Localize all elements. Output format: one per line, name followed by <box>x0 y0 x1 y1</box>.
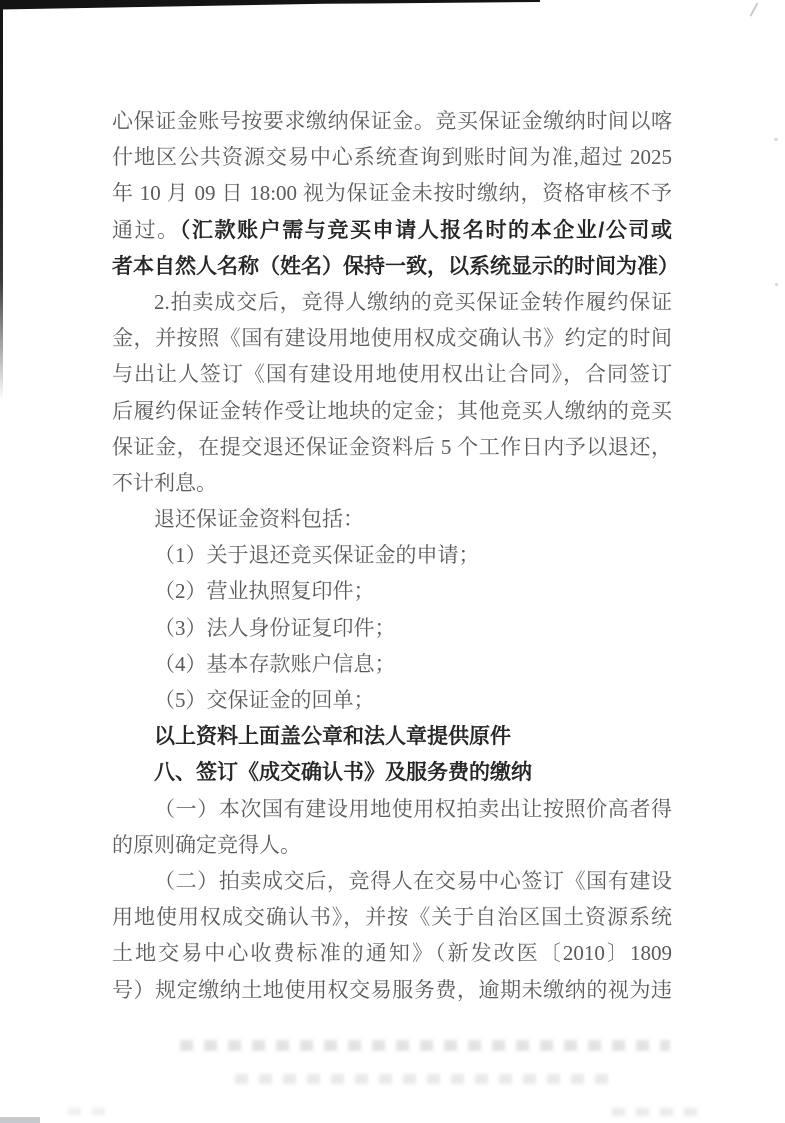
scan-artifact-left-edge <box>0 0 3 400</box>
text-run: 后履约保证金转作受让地块的定金；其他竞买人缴纳的竞买 <box>112 399 672 423</box>
text-run: 心保证金账号按要求缴纳保证金。竞买保证金缴纳时间以喀 <box>112 109 672 133</box>
text-run: 年 10 月 09 日 18:00 视为保证金未按时缴纳，资格审核不予 <box>112 181 672 205</box>
text-line-9: 后履约保证金转作受让地块的定金；其他竞买人缴纳的竞买 <box>112 393 672 429</box>
scan-artifact-scratch <box>750 2 759 16</box>
text-line-7: 金，并按照《国有建设用地使用权成交确认书》约定的时间 <box>112 320 672 356</box>
text-run: 通过。 <box>112 218 180 242</box>
text-line-16: （4）基本存款账户信息； <box>112 646 672 682</box>
bold-text-run: 者本自然人名称（姓名）保持一致，以系统显示的时间为准） <box>112 255 679 278</box>
text-line-8: 与出让人签订《国有建设用地使用权出让合同》，合同签订 <box>112 356 672 392</box>
text-run: 的原则确定竞得人。 <box>112 833 301 857</box>
scan-artifact-speck <box>775 283 778 286</box>
text-line-22: （二）拍卖成交后，竞得人在交易中心签订《国有建设 <box>112 863 672 899</box>
text-line-12: 退还保证金资料包括： <box>112 501 672 537</box>
text-run: 保证金，在提交退还保证金资料后 5 个工作日内予以退还， <box>112 435 672 459</box>
text-line-20: （一）本次国有建设用地使用权拍卖出让按照价高者得 <box>112 791 672 827</box>
bold-text-run: 以上资料上面盖公章和法人章提供原件 <box>154 725 511 748</box>
text-line-3: 年 10 月 09 日 18:00 视为保证金未按时缴纳，资格审核不予 <box>112 175 672 211</box>
text-line-13: （1）关于退还竞买保证金的申请； <box>112 537 672 573</box>
text-run: 用地使用权成交确认书》，并按《关于自治区国土资源系统 <box>112 905 672 929</box>
text-run: 号）规定缴纳土地使用权交易服务费，逾期未缴纳的视为违 <box>112 978 672 1002</box>
text-run: （4）基本存款账户信息； <box>154 652 396 676</box>
text-run: 2.拍卖成交后，竞得人缴纳的竞买保证金转作履约保证 <box>154 290 672 314</box>
text-line-2: 什地区公共资源交易中心系统查询到账时间为准,超过 2025 <box>112 139 672 175</box>
text-line-19: 八、签订《成交确认书》及服务费的缴纳 <box>112 754 672 790</box>
scan-bleedthrough-row <box>180 1040 670 1051</box>
text-line-21: 的原则确定竞得人。 <box>112 827 672 863</box>
text-run: （2）营业执照复印件； <box>154 579 375 603</box>
text-line-25: 号）规定缴纳土地使用权交易服务费，逾期未缴纳的视为违 <box>112 972 672 1008</box>
text-run: （二）拍卖成交后，竞得人在交易中心签订《国有建设 <box>154 869 672 893</box>
scan-bleedthrough-row <box>68 1108 110 1115</box>
text-run: 不计利息。 <box>112 471 217 495</box>
text-line-23: 用地使用权成交确认书》，并按《关于自治区国土资源系统 <box>112 899 672 935</box>
scan-artifact-top-edge <box>0 0 540 10</box>
bold-text-run: 八、签订《成交确认书》及服务费的缴纳 <box>154 761 532 784</box>
text-line-14: （2）营业执照复印件； <box>112 573 672 609</box>
document-body: 心保证金账号按要求缴纳保证金。竞买保证金缴纳时间以喀什地区公共资源交易中心系统查… <box>112 103 672 1008</box>
text-run: （1）关于退还竞买保证金的申请； <box>154 543 480 567</box>
text-run: 金，并按照《国有建设用地使用权成交确认书》约定的时间 <box>112 326 672 350</box>
text-line-1: 心保证金账号按要求缴纳保证金。竞买保证金缴纳时间以喀 <box>112 103 672 139</box>
text-run: 土地交易中心收费标准的通知》（新发改医〔2010〕1809 <box>112 941 672 965</box>
text-run: （3）法人身份证复印件； <box>154 616 396 640</box>
scan-artifact-bottom-left <box>0 1117 40 1123</box>
text-line-10: 保证金，在提交退还保证金资料后 5 个工作日内予以退还， <box>112 429 672 465</box>
text-line-24: 土地交易中心收费标准的通知》（新发改医〔2010〕1809 <box>112 935 672 971</box>
scan-artifact-speck <box>774 138 778 141</box>
text-line-15: （3）法人身份证复印件； <box>112 610 672 646</box>
text-run: 与出让人签订《国有建设用地使用权出让合同》，合同签订 <box>112 362 672 386</box>
document-page: 心保证金账号按要求缴纳保证金。竞买保证金缴纳时间以喀什地区公共资源交易中心系统查… <box>0 0 785 1123</box>
text-run: （5）交保证金的回单； <box>154 688 375 712</box>
text-line-17: （5）交保证金的回单； <box>112 682 672 718</box>
text-run: （一）本次国有建设用地使用权拍卖出让按照价高者得 <box>154 797 672 821</box>
scan-bleedthrough-row <box>612 1108 707 1116</box>
text-line-4: 通过。（汇款账户需与竞买申请人报名时的本企业/公司或 <box>112 212 672 248</box>
text-line-6: 2.拍卖成交后，竞得人缴纳的竞买保证金转作履约保证 <box>112 284 672 320</box>
bold-text-run: （汇款账户需与竞买申请人报名时的本企业/公司或 <box>180 219 672 242</box>
text-line-18: 以上资料上面盖公章和法人章提供原件 <box>112 718 672 754</box>
scan-bleedthrough-row <box>235 1074 615 1084</box>
text-run: 退还保证金资料包括： <box>154 507 364 531</box>
text-run: 什地区公共资源交易中心系统查询到账时间为准,超过 2025 <box>112 145 672 169</box>
text-line-11: 不计利息。 <box>112 465 672 501</box>
text-line-5: 者本自然人名称（姓名）保持一致，以系统显示的时间为准） <box>112 248 672 284</box>
